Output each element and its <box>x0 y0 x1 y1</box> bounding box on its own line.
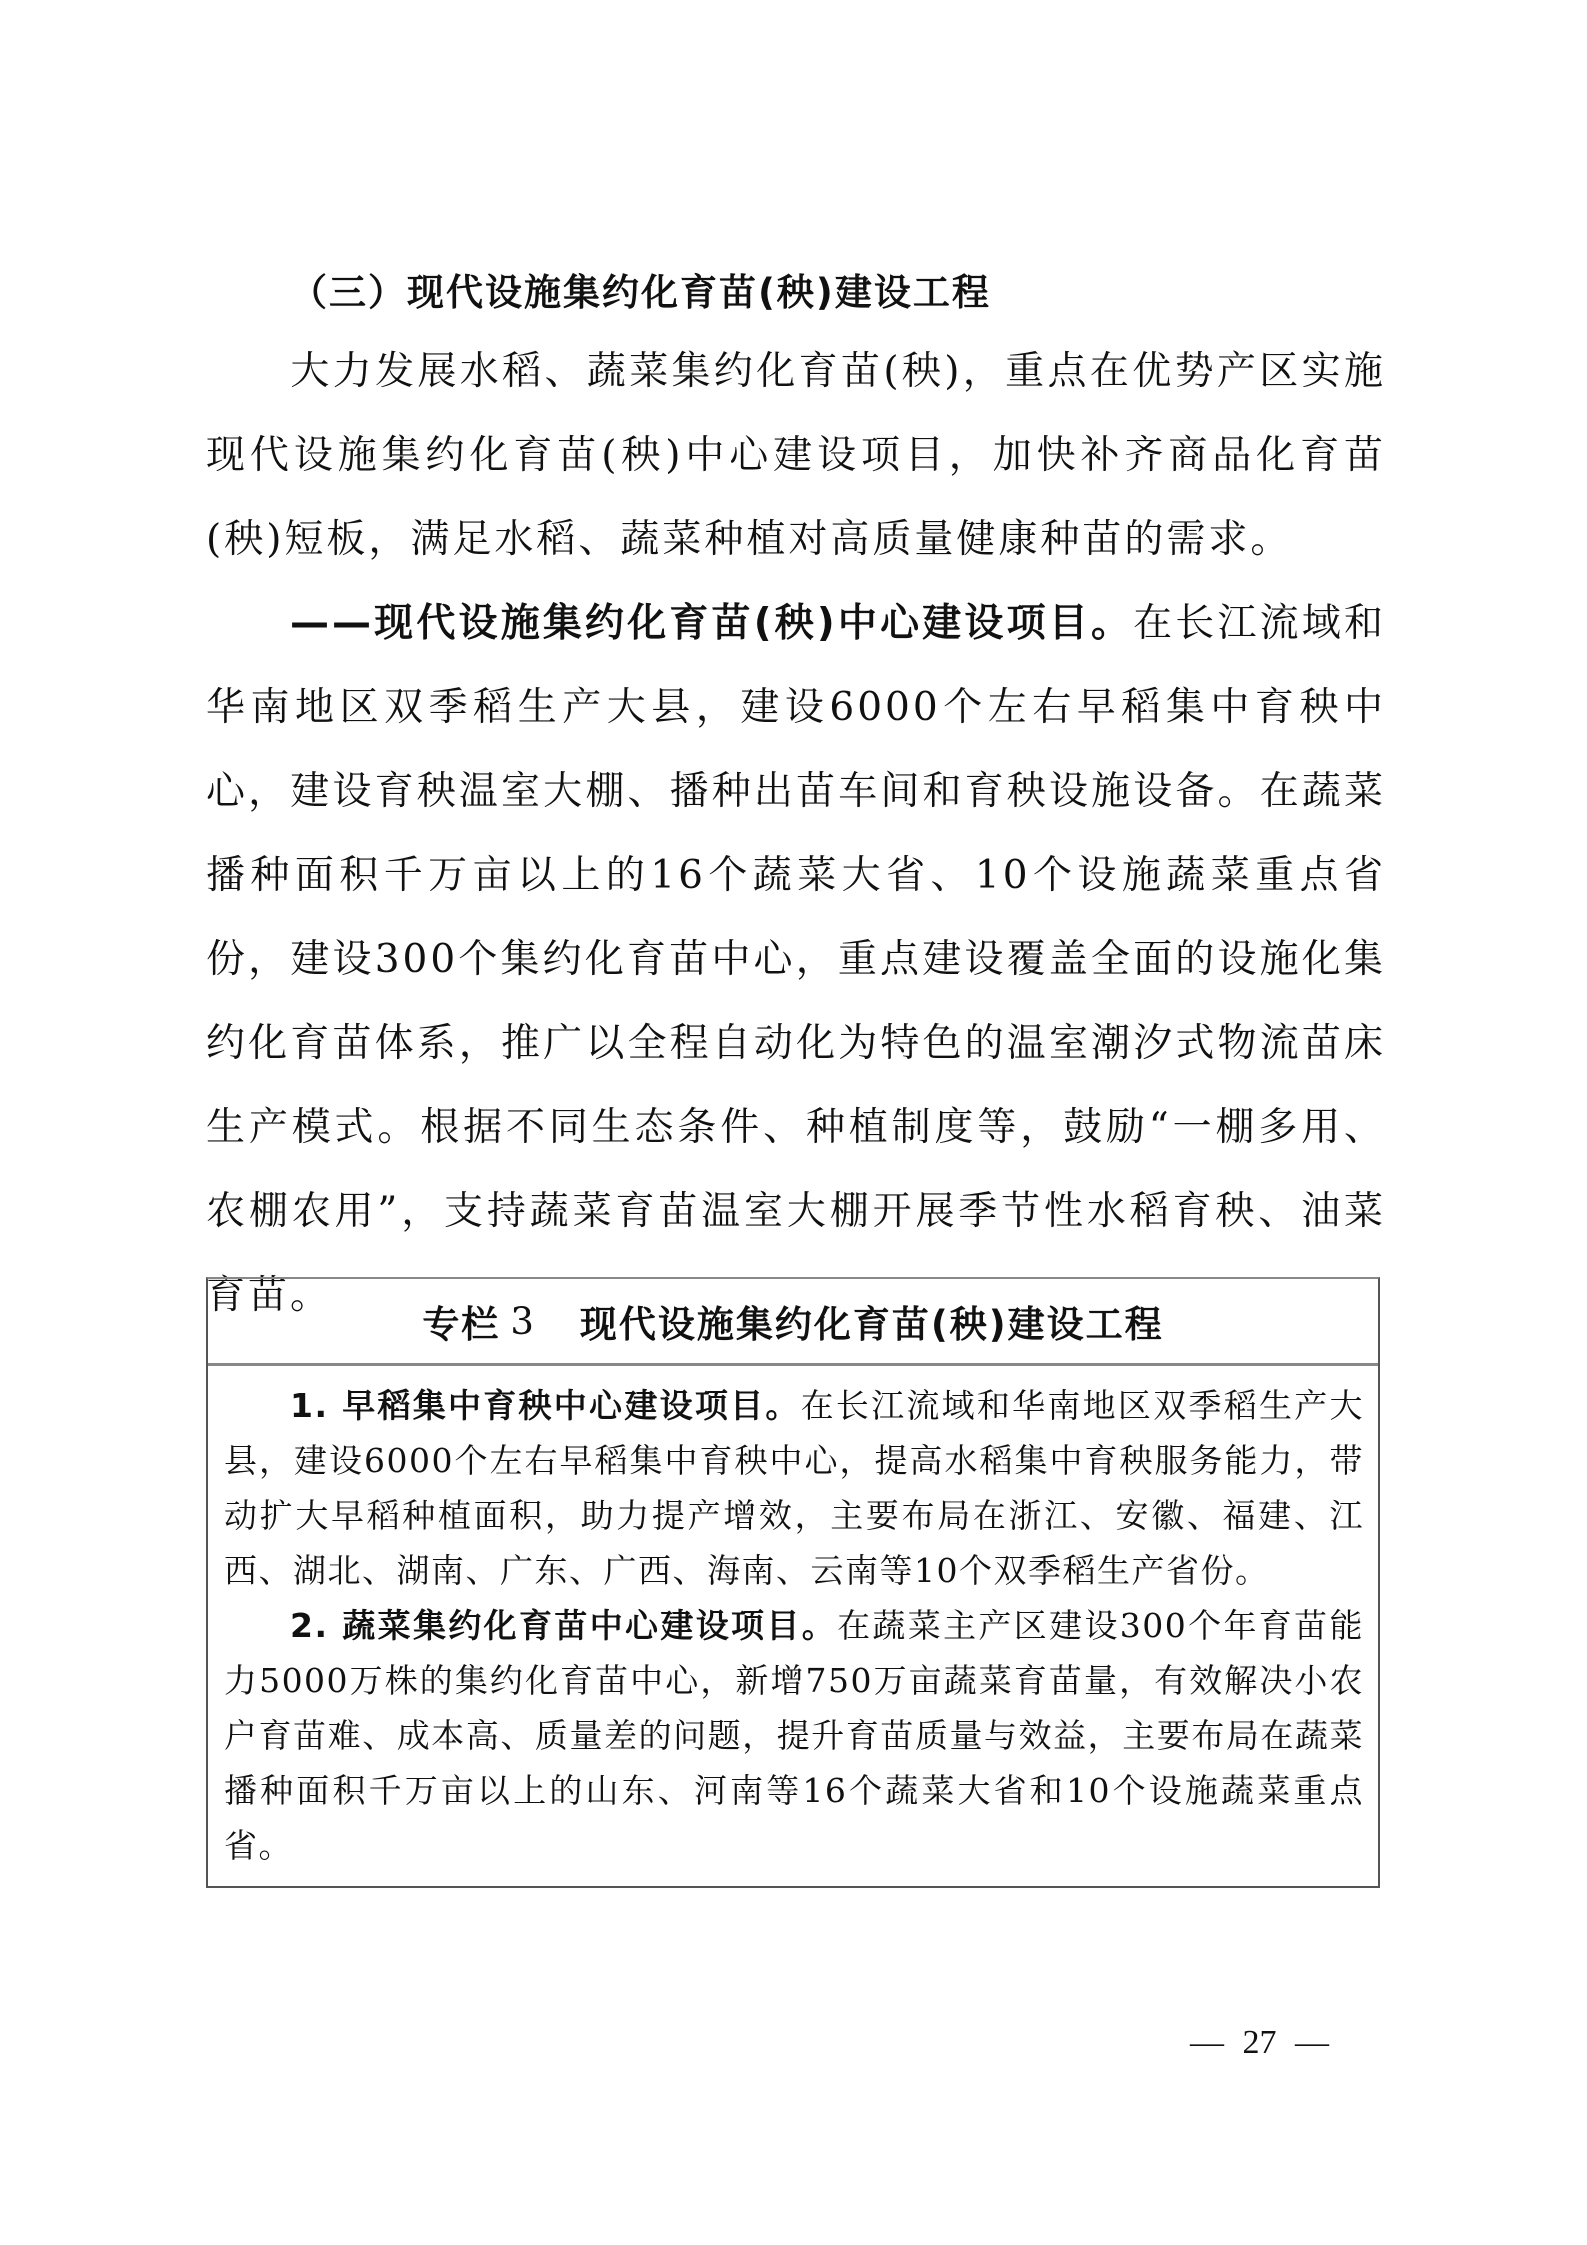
column-box-header: 专栏3现代设施集约化育苗(秧)建设工程 <box>208 1279 1378 1366</box>
column-title: 现代设施集约化育苗(秧)建设工程 <box>580 1294 1164 1348</box>
column-item: 2. 蔬菜集约化育苗中心建设项目。在蔬菜主产区建设300个年育苗能力5000万株… <box>224 1598 1364 1873</box>
column-item: 1. 早稻集中育秧中心建设项目。在长江流域和华南地区双季稻生产大县，建设6000… <box>224 1378 1364 1598</box>
intro-text: 大力发展水稻、蔬菜集约化育苗(秧)，重点在优势产区实施现代设施集约化育苗(秧)中… <box>206 349 1386 562</box>
project-title: ——现代设施集约化育苗(秧)中心建设项目。 <box>290 601 1133 646</box>
column-item-title: 2. 蔬菜集约化育苗中心建设项目。 <box>290 1606 837 1645</box>
column-label: 专栏 <box>422 1294 500 1348</box>
column-box-body: 1. 早稻集中育秧中心建设项目。在长江流域和华南地区双季稻生产大县，建设6000… <box>208 1366 1378 1873</box>
project-paragraph: ——现代设施集约化育苗(秧)中心建设项目。在长江流域和华南地区双季稻生产大县，建… <box>206 582 1386 1338</box>
project-body: 在长江流域和华南地区双季稻生产大县，建设6000个左右早稻集中育秧中心，建设育秧… <box>206 601 1386 1318</box>
section-heading: （三）现代设施集约化育苗(秧)建设工程 <box>290 262 991 316</box>
column-box: 专栏3现代设施集约化育苗(秧)建设工程 1. 早稻集中育秧中心建设项目。在长江流… <box>206 1277 1380 1888</box>
intro-paragraph: 大力发展水稻、蔬菜集约化育苗(秧)，重点在优势产区实施现代设施集约化育苗(秧)中… <box>206 330 1386 582</box>
column-item-title: 1. 早稻集中育秧中心建设项目。 <box>290 1386 801 1425</box>
column-number: 3 <box>510 1300 536 1343</box>
page-number: — 27 — <box>1190 2024 1329 2062</box>
